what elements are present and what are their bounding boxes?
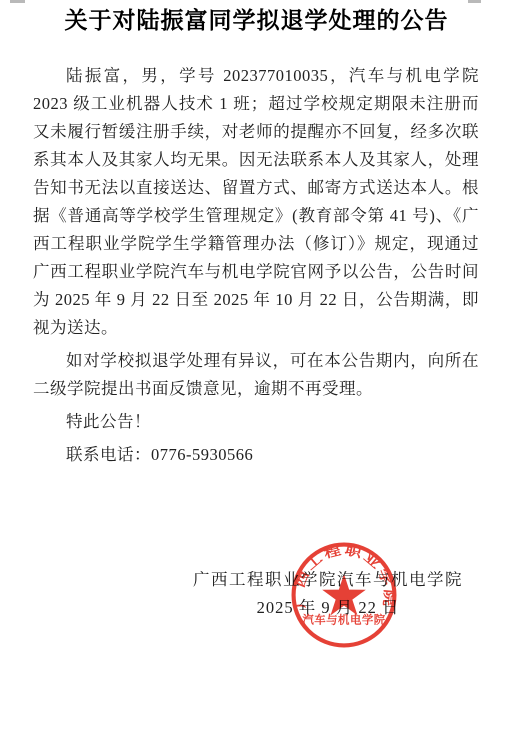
notice-paragraph-main: 陆振富，男，学号 202377010035，汽车与机电学院 2023 级工业机器… [33,62,479,342]
signature-name: 广西工程职业学院汽车与机电学院 [193,566,463,594]
notice-paragraph-hereby: 特此公告！ [33,408,479,436]
signature-block: 广西工程职业学院汽车与机电学院 2025 年 9 月 22 日 [0,566,463,622]
notice-paragraph-objection: 如对学校拟退学处理有异议，可在本公告期内，向所在二级学院提出书面反馈意见，逾期不… [33,347,479,403]
notice-title: 关于对陆振富同学拟退学处理的公告 [0,6,513,36]
signature-date: 2025 年 9 月 22 日 [193,594,463,622]
page-corner-artifact-right [468,0,481,3]
notice-page: { "document": { "title": "关于对陆振富同学拟退学处理的… [0,0,513,741]
page-corner-artifact-left [10,0,25,3]
notice-body: 陆振富，男，学号 202377010035，汽车与机电学院 2023 级工业机器… [33,62,479,469]
notice-paragraph-phone: 联系电话：0776-5930566 [33,441,479,469]
